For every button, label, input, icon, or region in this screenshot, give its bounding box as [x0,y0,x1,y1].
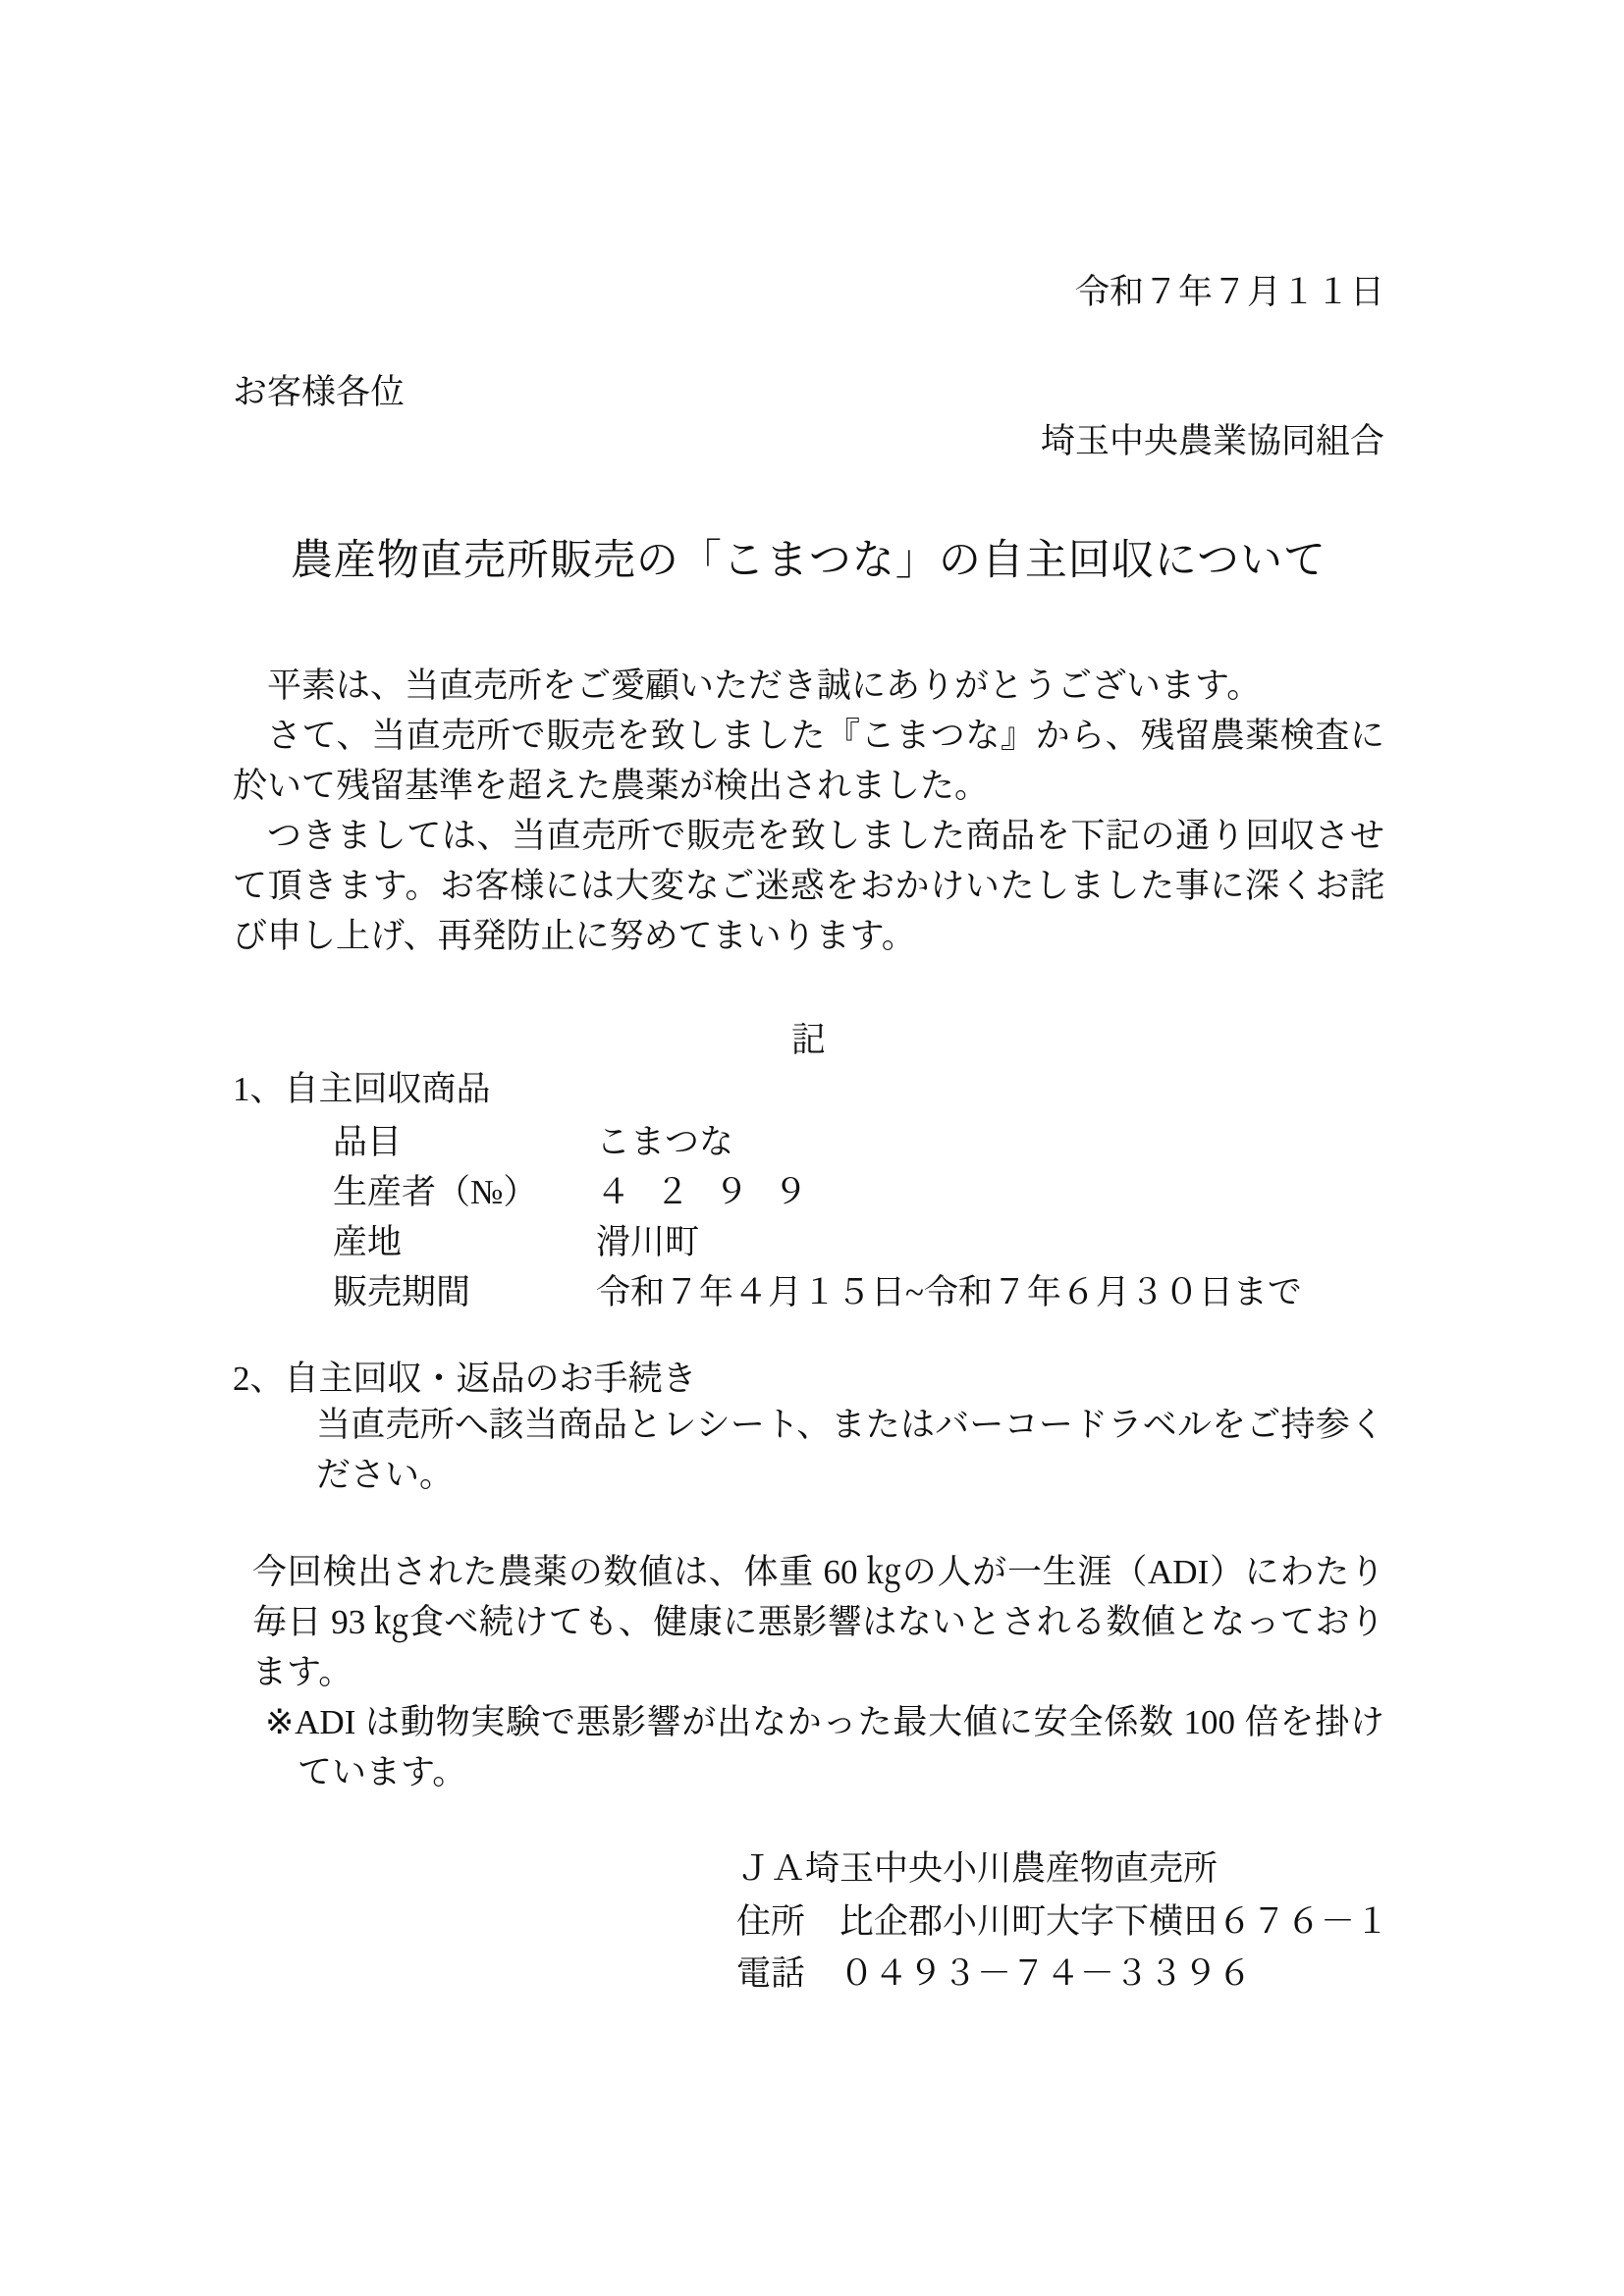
table-row-sales-period: 販売期間 令和７年４月１５日~令和７年６月３０日まで [233,1267,1384,1317]
paragraph-apology: つきましては、当直売所で販売を致しました商品を下記の通り回収させて頂きます。お客… [233,811,1384,961]
paragraph-greeting: 平素は、当直売所をご愛顧いただき誠にありがとうございます。 [233,661,1384,711]
adi-note-wrap: ※ADI は動物実験で悪影響が出なかった最大値に安全係数 100 倍を掛けていま… [233,1697,1384,1797]
sales-period-value: 令和７年４月１５日~令和７年６月３０日まで [596,1267,1384,1317]
footer-phone: 電話 ０４９３－７４－３３９６ [736,1948,1424,2001]
producer-label: 生産者（№） [333,1167,596,1217]
item-value: こまつな [596,1117,1384,1167]
origin-value: 滑川町 [596,1217,1384,1267]
paragraph-issue: さて、当直売所で販売を致しました『こまつな』から、残留農薬検査に於いて残留基準を… [233,711,1384,811]
section2-heading: 2、自主回収・返品のお手続き [233,1354,1384,1404]
table-row-producer: 生産者（№） ４２９９ [233,1167,1384,1217]
procedure-paragraph-wrap: 当直売所へ該当商品とレシート、またはバーコードラベルをご持参ください。 [233,1400,1384,1500]
producer-number: ４２９９ [596,1167,1384,1217]
adi-note: ※ADI は動物実験で悪影響が出なかった最大値に安全係数 100 倍を掛けていま… [233,1697,1384,1797]
document-title: 農産物直売所販売の「こまつな」の自主回収について [233,534,1384,589]
adi-paragraph: 今回検出された農薬の数値は、体重 60 ㎏の人が一生涯（ADI）にわたり毎日 9… [252,1547,1384,1697]
document-date: 令和７年７月１１日 [233,267,1384,317]
procedure-paragraph: 当直売所へ該当商品とレシート、またはバーコードラベルをご持参ください。 [316,1400,1384,1500]
document-page: 令和７年７月１１日 お客様各位 埼玉中央農業協同組合 農産物直売所販売の「こまつ… [0,0,1624,2296]
notice-heading: 記 [233,1015,1384,1065]
table-row-item: 品目 こまつな [233,1117,1384,1167]
adi-paragraph-wrap: 今回検出された農薬の数値は、体重 60 ㎏の人が一生涯（ADI）にわたり毎日 9… [233,1547,1384,1697]
footer-organization: ＪＡ埼玉中央小川農産物直売所 [736,1842,1424,1896]
item-label: 品目 [333,1117,596,1167]
sender-organization: 埼玉中央農業協同組合 [233,416,1384,466]
table-row-origin: 産地 滑川町 [233,1217,1384,1267]
sales-period-label: 販売期間 [333,1267,596,1317]
body-paragraphs: 平素は、当直売所をご愛顧いただき誠にありがとうございます。 さて、当直売所で販売… [233,661,1384,961]
section1-heading: 1、自主回収商品 [233,1064,1384,1114]
contact-footer: ＪＡ埼玉中央小川農産物直売所 住所 比企郡小川町大字下横田６７６－１ 電話 ０４… [736,1842,1424,2001]
footer-address: 住所 比企郡小川町大字下横田６７６－１ [736,1896,1424,1949]
recipient-line: お客様各位 [233,367,1384,417]
origin-label: 産地 [333,1217,596,1267]
recall-item-table: 品目 こまつな 生産者（№） ４２９９ 産地 滑川町 販売期間 令和７年４月１５… [233,1117,1384,1317]
